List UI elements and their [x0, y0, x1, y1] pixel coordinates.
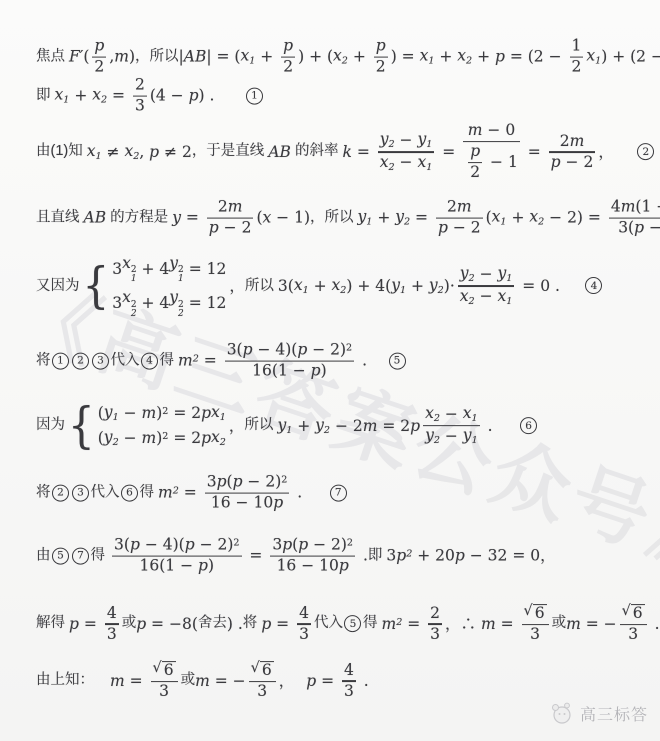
math-variable: p	[634, 220, 644, 238]
fraction-denominator: 3	[105, 626, 119, 644]
text-run: 又因为	[36, 277, 80, 296]
math-variable: p	[261, 614, 271, 634]
text: 得	[160, 353, 179, 369]
fraction-numerator: 2m	[216, 199, 245, 217]
text: 2	[94, 58, 104, 76]
text: (4 −	[150, 87, 189, 105]
math-variable: x	[263, 208, 272, 228]
text-run: 即	[368, 547, 387, 566]
fraction-denominator: 3	[428, 626, 442, 644]
math-run: − 2	[561, 154, 594, 172]
math-variable: p	[243, 342, 253, 360]
math-variable: x2	[211, 428, 226, 450]
text: 3	[530, 625, 540, 643]
math-run: ) =	[391, 47, 420, 67]
text: = 2	[168, 430, 201, 448]
text: k	[343, 143, 352, 161]
text: p	[149, 143, 159, 161]
math-variable: y1	[277, 415, 292, 437]
math-run: − 2) =	[544, 208, 606, 228]
math-run: =	[271, 614, 294, 634]
fraction: 23	[133, 77, 147, 116]
text: 或	[552, 616, 567, 632]
subscript: 1	[426, 161, 432, 172]
text: 3	[628, 625, 638, 643]
fraction-denominator: 3	[528, 626, 542, 644]
spacer	[294, 681, 306, 682]
text: − 2	[330, 417, 363, 435]
circled-number: 5	[344, 616, 361, 633]
text: x	[211, 429, 220, 447]
text: 16 − 10	[211, 494, 273, 512]
fraction-denominator: 3(p − 2)	[616, 220, 660, 238]
text: x	[529, 208, 538, 226]
text: ) + (2 −	[601, 48, 660, 66]
text: .	[358, 547, 368, 565]
text: x	[417, 153, 426, 171]
text: (	[83, 48, 89, 66]
fraction: 4m(1 − p)3(p − 2)	[609, 199, 660, 238]
text: 或	[181, 673, 196, 689]
text: 即	[36, 88, 55, 104]
text: .	[359, 672, 369, 690]
math-run: 3	[530, 626, 540, 644]
math-variable: p	[311, 363, 321, 381]
math-variable: x2	[460, 288, 475, 307]
fraction-numerator: y2 − y1	[378, 131, 435, 150]
math-run: +	[255, 47, 278, 67]
text: 3	[107, 625, 117, 643]
math-run: 3	[299, 626, 309, 644]
text: 16(1 −	[140, 557, 198, 575]
text: (1 −	[635, 198, 660, 216]
math-variable: m	[142, 429, 157, 449]
fraction-denominator: 2	[92, 59, 106, 77]
circled-number: 6	[520, 418, 537, 435]
text-run: ，于是直线	[192, 143, 269, 162]
text: =	[271, 615, 294, 633]
math-variable: p	[130, 537, 140, 555]
equation-row: (y1 − m)2 = 2px1	[98, 402, 226, 424]
math-variable: m	[110, 671, 125, 691]
fraction-denominator: 3	[157, 683, 171, 701]
math-variable: y1	[104, 402, 119, 424]
text: − 2	[561, 153, 594, 171]
text: p	[243, 341, 253, 359]
text: p	[495, 48, 505, 66]
math-run: =	[352, 142, 375, 162]
text: .	[357, 352, 367, 370]
text: 因为	[36, 418, 65, 434]
text: 1	[572, 37, 582, 55]
math-run: .	[358, 546, 368, 566]
fraction: 3(p − 4)(p − 2)216(1 − p)	[225, 342, 354, 381]
fraction: 2mp − 2	[436, 199, 483, 238]
math-run: ，	[229, 416, 245, 436]
circled-number: 6	[121, 485, 138, 502]
fraction-numerator: p	[468, 143, 482, 161]
text: m	[142, 430, 157, 448]
math-variable: p	[201, 403, 211, 423]
text: ，于是直线	[192, 144, 269, 160]
text: = 12	[184, 260, 227, 278]
math-run: 3	[107, 626, 117, 644]
square-root: √6	[524, 604, 547, 623]
text: 焦点	[36, 49, 69, 65]
math-run: − 4)(	[253, 342, 298, 360]
text: 所以	[244, 418, 277, 434]
math-run: −	[440, 428, 463, 446]
text: 2	[560, 132, 570, 150]
math-run: 16(1 −	[252, 363, 310, 381]
circled-number: 2	[637, 144, 654, 161]
fraction: 3p(p − 2)216 − 10p	[205, 474, 290, 513]
text: +	[372, 209, 395, 227]
math-run: ) .	[227, 614, 243, 634]
math-line: 将23代入6得 m2 = 3p(p − 2)216 − 10p .7	[36, 474, 348, 513]
math-run: − 1)	[271, 208, 310, 228]
text: p	[69, 615, 79, 633]
radicand: 6	[260, 661, 274, 680]
math-run: =	[245, 546, 268, 566]
equation-row: 3x22 + 4y22 = 12	[112, 288, 226, 319]
text-run: 将	[36, 484, 51, 503]
text: 舍去	[198, 616, 227, 632]
math-line: 因为{(y1 − m)2 = 2px1(y2 − m)2 = 2px2，所以 y…	[36, 402, 539, 450]
text: −	[119, 404, 142, 422]
text: =	[125, 672, 148, 690]
text: x	[332, 276, 341, 294]
text: y	[425, 427, 434, 445]
text: 3	[272, 536, 282, 554]
text: y	[169, 254, 178, 272]
math-variable: x1	[497, 288, 512, 307]
fraction-denominator: 16 − 10p	[209, 495, 285, 513]
text: =	[496, 615, 519, 633]
math-variable: p	[410, 416, 420, 436]
math-variable: AB	[84, 208, 107, 228]
math-run: )	[321, 363, 327, 381]
math-run: 2	[430, 605, 440, 623]
superscript: 2	[347, 537, 353, 548]
math-run: − 32 = 0，	[465, 546, 556, 566]
text: .	[483, 417, 493, 435]
math-run: + 4	[137, 293, 170, 313]
math-variable: p	[339, 558, 349, 576]
text: −	[440, 405, 463, 423]
equation-rows: (y1 − m)2 = 2px1(y2 − m)2 = 2px2	[98, 402, 226, 450]
math-run: ) .	[199, 86, 215, 106]
math-run: ≠	[102, 142, 125, 162]
text: p	[470, 142, 480, 160]
fraction-denominator: 16(1 − p)	[250, 363, 328, 381]
text: 由	[36, 548, 51, 564]
text: −	[395, 153, 418, 171]
math-variable: m	[195, 671, 210, 691]
text: y	[104, 429, 113, 447]
math-variable: m	[114, 47, 129, 67]
math-run: =	[125, 671, 148, 691]
math-run: = 12	[184, 259, 227, 279]
math-variable: y2	[380, 131, 395, 150]
text: ，	[279, 672, 295, 690]
math-run: −	[119, 403, 142, 423]
text-run: 解得	[36, 615, 69, 634]
math-run: +	[69, 86, 92, 106]
math-run: | = (	[206, 47, 240, 67]
text: F′	[69, 48, 83, 66]
text: m	[621, 198, 636, 216]
math-variable: y2	[315, 415, 330, 437]
text: 3(	[278, 277, 294, 295]
brand-watermark: 高三标答	[549, 701, 648, 725]
fraction-denominator: 3	[255, 683, 269, 701]
radical-icon: √	[622, 604, 631, 620]
fraction: 43	[297, 605, 311, 644]
text: ) + (	[298, 48, 333, 66]
math-run: .	[292, 483, 302, 503]
math-run: +	[434, 47, 457, 67]
text: − 4)(	[253, 341, 298, 359]
math-run: 3(	[618, 220, 634, 238]
math-variable: p	[233, 474, 243, 492]
math-variable: p	[438, 220, 448, 238]
text-run: 代入	[314, 615, 343, 634]
math-variable: y2	[460, 265, 475, 284]
text: 2	[283, 58, 293, 76]
math-run: ，	[229, 276, 245, 296]
text: 2	[430, 604, 440, 622]
text: x	[425, 404, 434, 422]
text: +	[348, 48, 371, 66]
text: − 2	[219, 219, 252, 237]
fraction-numerator: y2 − y1	[458, 265, 515, 284]
text: x	[380, 153, 389, 171]
text: = 2	[168, 404, 201, 422]
text: − 1	[485, 153, 518, 171]
text-run: 或	[181, 672, 196, 691]
text-run: 由	[36, 547, 51, 566]
math-run: = 2	[377, 416, 410, 436]
math-run: 2	[376, 59, 386, 77]
math-variable: m	[363, 416, 378, 436]
fraction: y2 − y1x2 − x1	[458, 265, 515, 306]
text: y	[497, 264, 506, 282]
text: ≠	[102, 143, 125, 161]
fraction-denominator: 3	[626, 626, 640, 644]
radicand: 6	[162, 661, 176, 680]
math-run: =	[181, 208, 204, 228]
spacer	[493, 426, 519, 427]
circled-number: 7	[330, 485, 347, 502]
text: = −	[210, 672, 246, 690]
text: .	[650, 615, 660, 633]
text: 3	[299, 625, 309, 643]
math-run: 16 − 10	[211, 495, 273, 513]
math-variable: p	[273, 495, 283, 513]
text: y	[104, 403, 113, 421]
text: = 2	[377, 417, 410, 435]
text: m	[178, 352, 193, 370]
math-variable: x2	[332, 275, 347, 297]
text: 2	[218, 198, 228, 216]
text-run: 的斜率	[291, 143, 343, 162]
fraction-numerator: √6	[151, 661, 178, 680]
text: =	[352, 143, 375, 161]
fraction: 43	[105, 605, 119, 644]
math-run: 3	[135, 98, 145, 116]
brace-icon: {	[83, 262, 110, 310]
text: =	[79, 615, 102, 633]
text: −	[395, 131, 418, 149]
text: y	[277, 416, 286, 434]
math-run: 6	[633, 604, 643, 622]
text: = −	[581, 615, 617, 633]
math-run: .	[483, 416, 493, 436]
text: =	[316, 672, 339, 690]
text: +	[292, 417, 315, 435]
fraction-denominator: p − 2	[436, 220, 483, 238]
math-variable: m	[570, 133, 585, 151]
math-run: − 4)(	[140, 537, 185, 555]
text: p	[136, 615, 146, 633]
math-run: −	[395, 132, 418, 150]
text: 2	[447, 198, 457, 216]
text: 3	[207, 473, 217, 491]
text: +	[434, 48, 457, 66]
subscript: 2	[220, 437, 226, 448]
math-run: .	[650, 614, 660, 634]
text: p	[339, 557, 349, 575]
math-variable: p	[149, 142, 159, 162]
fraction-numerator: m − 0	[466, 122, 517, 140]
text: x	[211, 403, 220, 421]
text: p	[233, 473, 243, 491]
fraction: m − 0p2 − 1	[463, 122, 520, 182]
text: p	[311, 362, 321, 380]
fraction-denominator: 16(1 − p)	[138, 558, 216, 576]
math-run: ≠ 2	[159, 142, 192, 162]
text: .	[292, 484, 302, 502]
math-run: 4	[107, 605, 117, 623]
math-run: )2	[156, 429, 168, 449]
text: 3	[257, 682, 267, 700]
text: 3	[159, 682, 169, 700]
text-run: 代入	[91, 484, 120, 503]
math-run: 2	[135, 77, 145, 95]
text: p	[438, 219, 448, 237]
math-solution-document: 焦点 F′(p2,m)，所以|AB| = (x1 + p2) + (x2 + p…	[0, 0, 660, 741]
text: p	[306, 672, 316, 690]
text: − 2)	[195, 536, 234, 554]
math-variable: p	[217, 474, 227, 492]
math-variable: x2	[380, 154, 395, 173]
text: p	[283, 37, 293, 55]
radical-icon: √	[153, 661, 162, 677]
math-variable: p	[376, 38, 386, 56]
subscript: 1	[472, 413, 478, 424]
math-variable: x21	[122, 253, 136, 284]
text: 所以	[245, 278, 278, 294]
fraction-denominator: 3	[297, 626, 311, 644]
math-variable: x1	[492, 207, 507, 229]
math-run: =	[496, 614, 519, 634]
equation-rows: 3x21 + 4y21 = 123x22 + 4y22 = 12	[112, 253, 226, 319]
math-run: ，∴	[445, 614, 481, 634]
text: +	[309, 277, 332, 295]
text: x	[55, 86, 64, 104]
math-run: 6	[262, 661, 272, 679]
text: p	[209, 219, 219, 237]
math-variable: p	[189, 86, 199, 106]
fraction-numerator: 4	[297, 605, 311, 623]
fraction: x2 − x1y2 − y1	[423, 405, 480, 446]
math-variable: p	[298, 537, 308, 555]
math-variable: y2	[395, 207, 410, 229]
text: p	[273, 494, 283, 512]
math-variable: k	[343, 142, 352, 162]
text: 的斜率	[291, 144, 343, 160]
text: 3	[112, 294, 122, 312]
math-run: − 2	[219, 220, 252, 238]
fraction-numerator: √6	[620, 604, 647, 623]
text: ) .	[199, 87, 215, 105]
math-variable: p	[495, 47, 505, 67]
radicand: 6	[631, 604, 645, 623]
text-run: 由上知：	[36, 672, 94, 691]
math-run: − 2)	[644, 220, 660, 238]
math-variable: x2	[529, 207, 544, 229]
brace-icon: {	[68, 402, 95, 450]
fraction-denominator: 2	[374, 59, 388, 77]
math-run: ) + (	[298, 47, 333, 67]
math-run: )2	[156, 403, 168, 423]
fraction: 2mp − 2	[207, 199, 254, 238]
math-line: 由57得 3(p − 4)(p − 2)216(1 − p) = 3p(p − …	[36, 537, 556, 576]
text: 3	[112, 260, 122, 278]
math-run: 1	[572, 38, 582, 56]
text: m	[110, 672, 125, 690]
math-run: = 2	[168, 403, 201, 423]
text: p	[551, 153, 561, 171]
math-variable: m	[468, 122, 483, 140]
fraction-numerator: 3p(p − 2)2	[270, 537, 355, 555]
equation-system: {3x21 + 4y21 = 123x22 + 4y22 = 12	[83, 253, 227, 319]
text-run: 焦点	[36, 48, 69, 67]
fraction-numerator: x2 − x1	[423, 405, 480, 424]
text-run: 得	[363, 615, 382, 634]
text: p	[410, 417, 420, 435]
text: − 2)	[644, 219, 660, 237]
text: p	[455, 547, 465, 565]
text: + 4	[137, 294, 170, 312]
text: y	[429, 276, 438, 294]
math-variable: x1	[294, 275, 309, 297]
math-run: ) + 4(	[346, 276, 391, 296]
text: 2	[572, 58, 582, 76]
text: m	[570, 132, 585, 150]
math-run: = −	[581, 614, 617, 634]
text: x	[333, 47, 342, 65]
math-variable: p	[209, 220, 219, 238]
text-run: 将	[243, 615, 262, 634]
text: )	[208, 557, 214, 575]
text-run: 所以	[244, 417, 277, 436]
math-variable: x1	[55, 85, 70, 107]
text: x	[122, 254, 131, 272]
text: AB	[184, 48, 207, 66]
math-run: − 2)2	[195, 537, 240, 555]
